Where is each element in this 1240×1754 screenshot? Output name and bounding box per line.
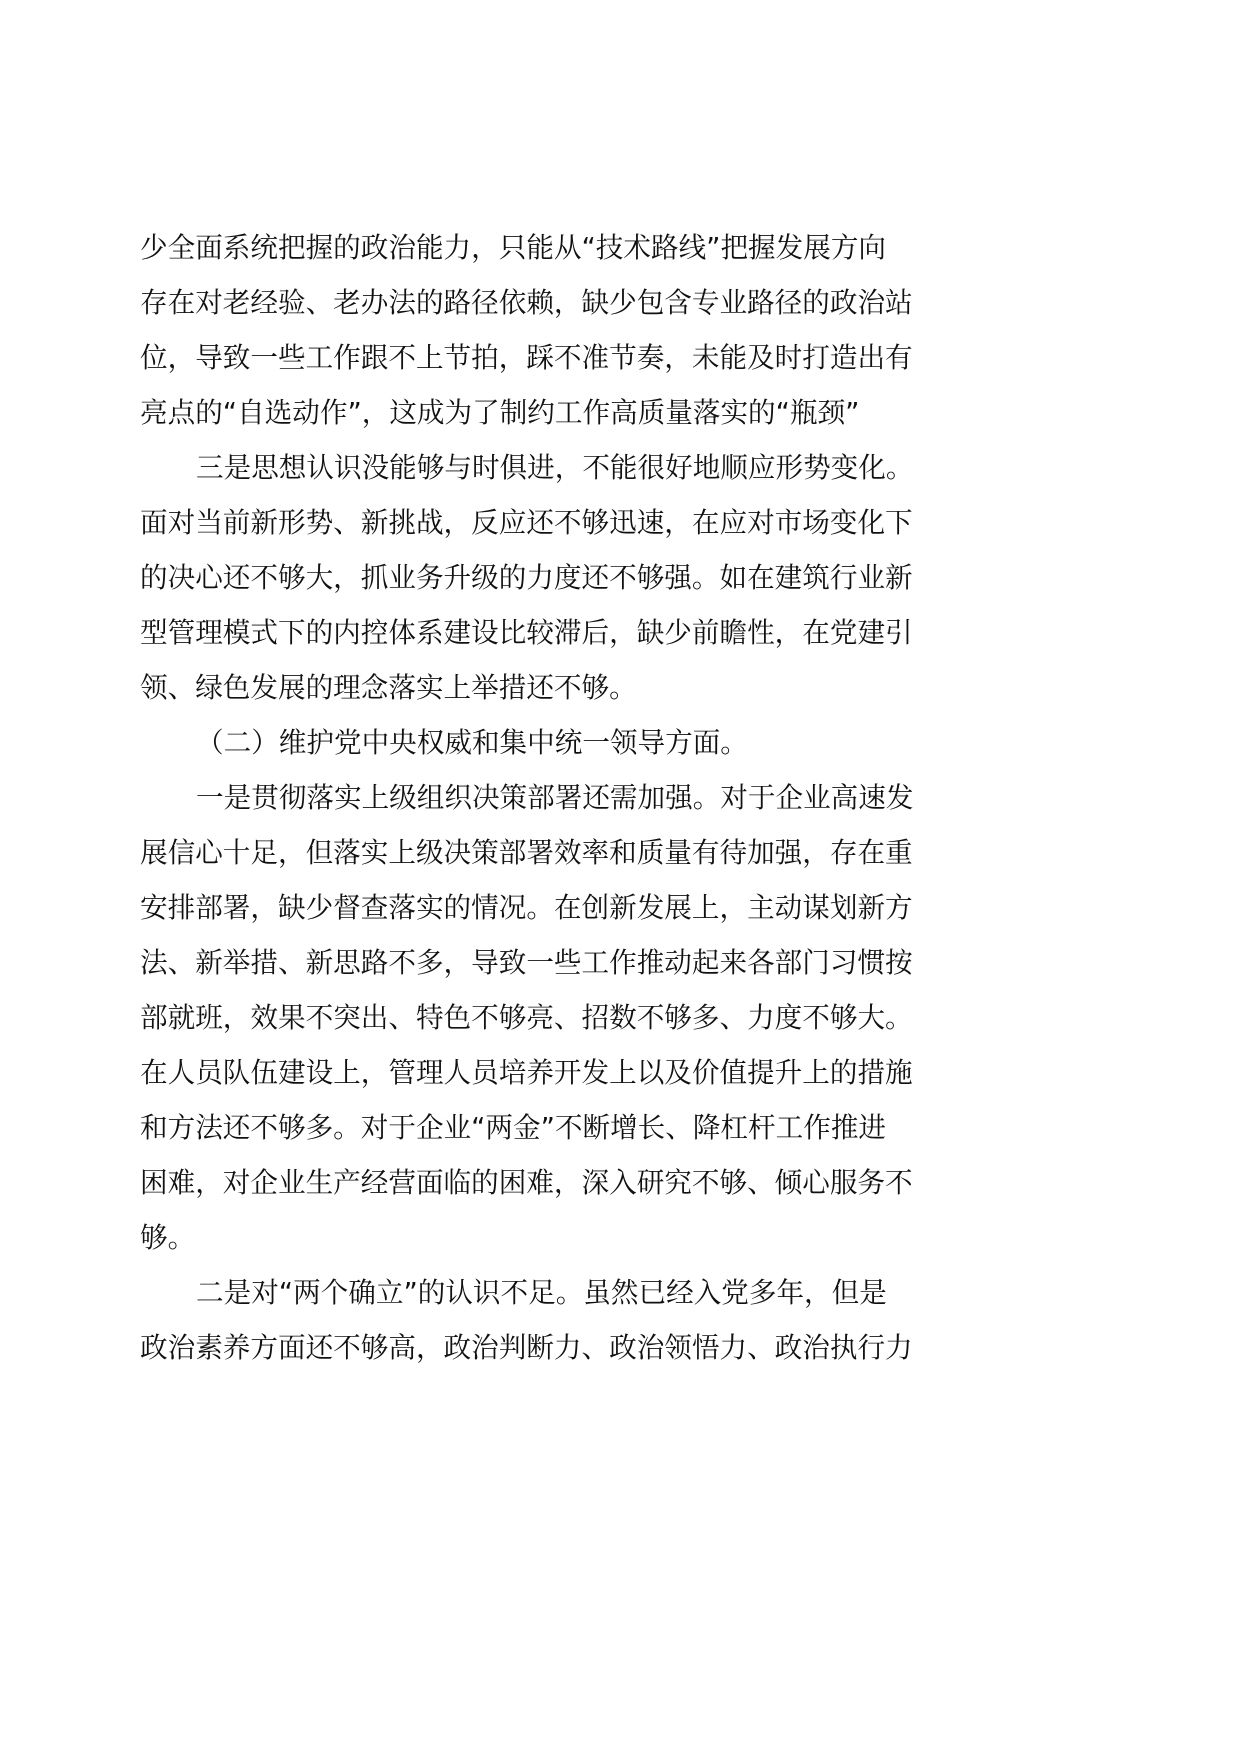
text-line: 位，导致一些工作跟不上节拍，踩不准节奏，未能及时打造出有: [140, 330, 980, 385]
text-line: 困难，对企业生产经营面临的困难，深入研究不够、倾心服务不: [140, 1155, 980, 1210]
text-line: 在人员队伍建设上，管理人员培养开发上以及价值提升上的措施: [140, 1045, 980, 1100]
text-line: 少全面系统把握的政治能力，只能从“技术路线”把握发展方向: [140, 220, 980, 275]
text-line: 的决心还不够大，抓业务升级的力度还不够强。如在建筑行业新: [140, 550, 980, 605]
text-line: 法、新举措、新思路不多，导致一些工作推动起来各部门习惯按: [140, 935, 980, 990]
paragraph-start-line: 一是贯彻落实上级组织决策部署还需加强。对于企业高速发: [140, 770, 980, 825]
paragraph-start-line: 三是思想认识没能够与时俱进，不能很好地顺应形势变化。: [140, 440, 980, 495]
text-line: 亮点的“自选动作”，这成为了制约工作高质量落实的“瓶颈”: [140, 385, 980, 440]
text-line: 领、绿色发展的理念落实上举措还不够。: [140, 660, 980, 715]
paragraph-start-line: 二是对“两个确立”的认识不足。虽然已经入党多年，但是: [140, 1265, 980, 1320]
text-line: 部就班，效果不突出、特色不够亮、招数不够多、力度不够大。: [140, 990, 980, 1045]
text-line: 型管理模式下的内控体系建设比较滞后，缺少前瞻性，在党建引: [140, 605, 980, 660]
section-heading: （二）维护党中央权威和集中统一领导方面。: [140, 715, 980, 770]
document-page: 少全面系统把握的政治能力，只能从“技术路线”把握发展方向 存在对老经验、老办法的…: [140, 220, 980, 1375]
text-line: 面对当前新形势、新挑战，反应还不够迅速，在应对市场变化下: [140, 495, 980, 550]
text-line: 存在对老经验、老办法的路径依赖，缺少包含专业路径的政治站: [140, 275, 980, 330]
text-line: 够。: [140, 1210, 980, 1265]
text-line: 政治素养方面还不够高，政治判断力、政治领悟力、政治执行力: [140, 1320, 980, 1375]
text-line: 和方法还不够多。对于企业“两金”不断增长、降杠杆工作推进: [140, 1100, 980, 1155]
text-line: 安排部署，缺少督查落实的情况。在创新发展上，主动谋划新方: [140, 880, 980, 935]
text-line: 展信心十足，但落实上级决策部署效率和质量有待加强，存在重: [140, 825, 980, 880]
